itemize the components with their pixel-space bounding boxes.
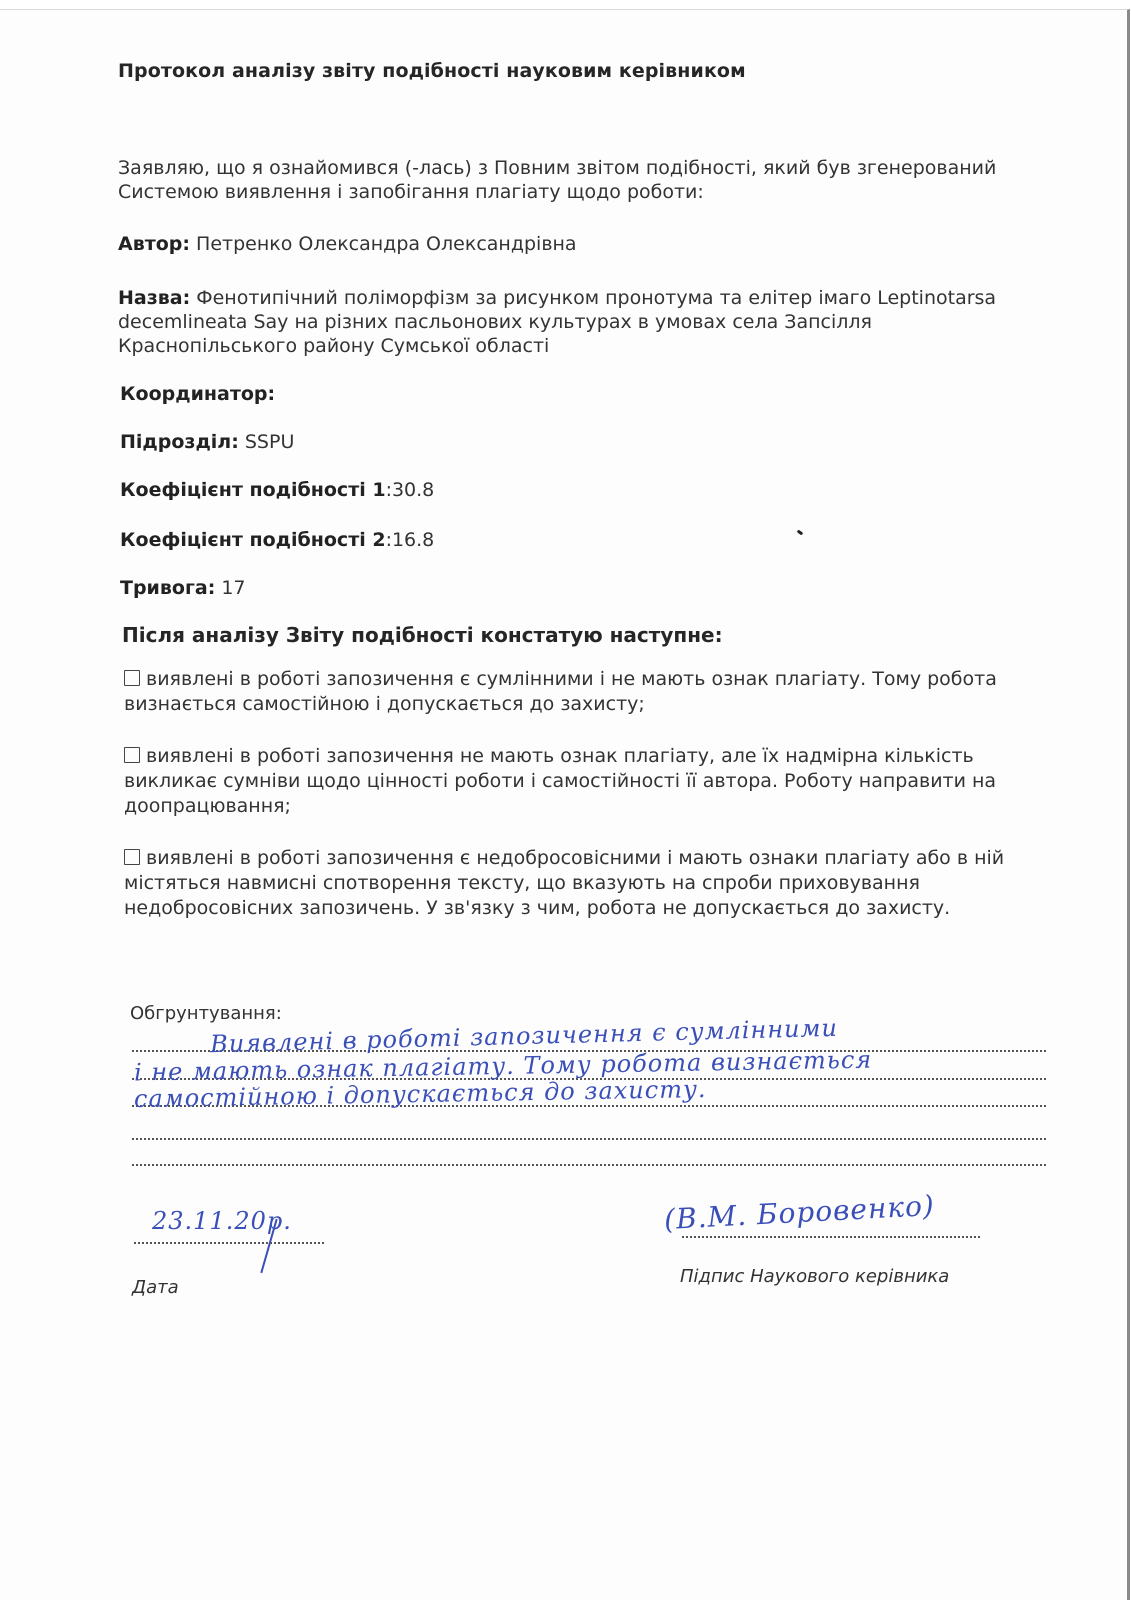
- intro-statement: Заявляю, що я ознайомився (-лась) з Повн…: [118, 156, 998, 204]
- option-text: виявлені в роботі запозичення не мають о…: [124, 745, 996, 817]
- date-label: Дата: [132, 1277, 179, 1298]
- similarity-coefficient-1: Коефіцієнт подібності 1:30.8: [120, 478, 434, 502]
- option-conscientious-borrowing[interactable]: виявлені в роботі запозичення є сумлінни…: [124, 667, 1024, 717]
- alarm-label: Тривога:: [120, 577, 215, 599]
- similarity-1-value: :30.8: [386, 479, 435, 501]
- alarm-value: 17: [221, 577, 245, 599]
- justification-line: [132, 1138, 1046, 1140]
- department-label: Підрозділ:: [120, 431, 239, 453]
- page-top-margin: [0, 0, 1131, 9]
- checkbox-icon[interactable]: [124, 849, 140, 865]
- author-field: Автор: Петренко Олександра Олександрівна: [118, 232, 577, 256]
- option-text: виявлені в роботі запозичення є сумлінни…: [124, 668, 997, 715]
- option-plagiarism[interactable]: виявлені в роботі запозичення є недоброс…: [124, 846, 1024, 921]
- justification-line: [132, 1164, 1046, 1166]
- similarity-coefficient-2: Коефіцієнт подібності 2:16.8: [120, 528, 434, 552]
- alarm-field: Тривога: 17: [120, 576, 246, 600]
- work-title-label: Назва:: [118, 287, 190, 309]
- coordinator-field: Координатор:: [120, 382, 275, 406]
- conclusion-heading: Після аналізу Звіту подібності констатую…: [122, 623, 723, 647]
- similarity-2-label: Коефіцієнт подібності 2: [120, 529, 386, 551]
- work-title-field: Назва: Фенотипічний поліморфізм за рисун…: [118, 286, 1018, 358]
- option-text: виявлені в роботі запозичення є недоброс…: [124, 847, 1004, 919]
- document-title: Протокол аналізу звіту подібності науков…: [118, 60, 746, 82]
- checkbox-icon[interactable]: [124, 747, 140, 763]
- option-excessive-borrowing[interactable]: виявлені в роботі запозичення не мають о…: [124, 744, 1024, 819]
- department-value: SSPU: [245, 431, 295, 453]
- coordinator-label: Координатор:: [120, 383, 275, 405]
- signature-line: [682, 1236, 980, 1238]
- date-line: [134, 1242, 324, 1244]
- handwritten-date: 23.11.20р.: [152, 1207, 292, 1235]
- justification-label: Обгрунтування:: [130, 1003, 282, 1024]
- department-field: Підрозділ: SSPU: [120, 430, 294, 454]
- similarity-2-value: :16.8: [386, 529, 435, 551]
- work-title-value: Фенотипічний поліморфізм за рисунком про…: [118, 287, 996, 357]
- checkbox-icon[interactable]: [124, 670, 140, 686]
- similarity-1-label: Коефіцієнт подібності 1: [120, 479, 386, 501]
- author-label: Автор:: [118, 233, 190, 255]
- signature-label: Підпис Наукового керівника: [680, 1266, 949, 1287]
- author-value: Петренко Олександра Олександрівна: [196, 233, 577, 255]
